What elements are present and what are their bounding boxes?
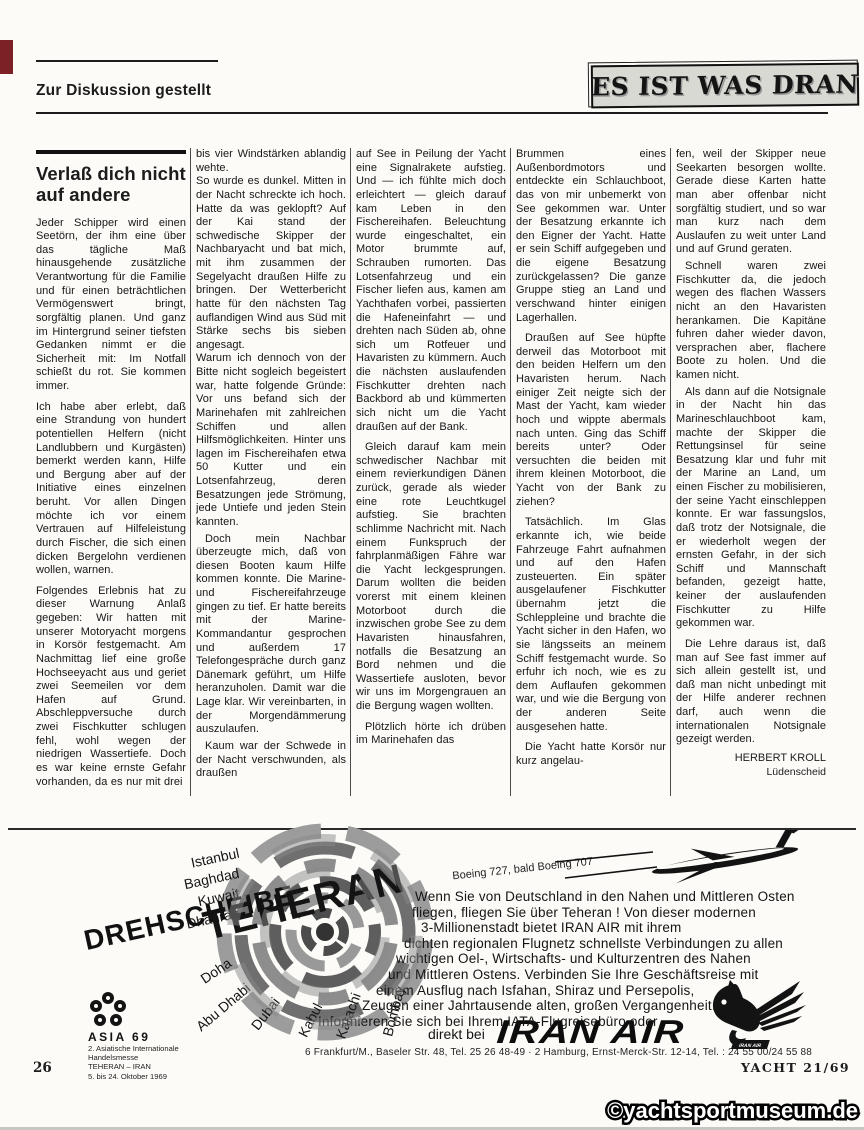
column-rule — [190, 148, 191, 796]
watermark: ©yachtsportmuseum.de — [586, 1093, 864, 1129]
winged-horse-icon: IRAN AIR — [702, 978, 810, 1056]
boeing-jet-icon — [553, 830, 808, 888]
paragraph: Kaum war der Schwede in der Nacht versch… — [196, 740, 346, 781]
asia69-flower-icon — [88, 990, 128, 1030]
title-rule — [36, 150, 186, 154]
paragraph: Jeder Schipper wird einen Seetörn, der i… — [36, 217, 186, 394]
asia69-detail-line: 5. bis 24. Oktober 1969 — [88, 1072, 238, 1081]
paragraph: Die Lehre daraus ist, daß man auf See fa… — [676, 638, 826, 747]
logo-plate-label: IRAN AIR — [738, 1043, 762, 1049]
paragraph: Als dann auf die Notsignale in der Nacht… — [676, 386, 826, 631]
article-column-1: Verlaß dich nicht auf andere Jeder Schip… — [36, 148, 186, 800]
paragraph: Schnell waren zwei Fischkutter da, die j… — [676, 260, 826, 383]
author-place: Lüdenscheid — [676, 766, 826, 779]
banner-title: ES IST WAS DRAN — [591, 70, 860, 102]
article-title-line: Verlaß dich nicht — [36, 163, 186, 184]
ad-body-line: Wenn Sie von Deutschland in den Nahen un… — [313, 889, 838, 905]
paragraph: Warum ich dennoch von der Bitte nicht so… — [196, 352, 346, 529]
section-label: Zur Diskussion gestellt — [36, 82, 211, 100]
paragraph: auf See in Peilung der Yacht eine Signal… — [356, 148, 506, 434]
banner-box: ES IST WAS DRAN — [588, 60, 858, 108]
article-title-line: auf andere — [36, 184, 186, 205]
article-column-3: auf See in Peilung der Yacht eine Signal… — [356, 148, 506, 800]
paragraph: Gleich darauf kam mein schwedischer Nach… — [356, 441, 506, 714]
author-signature: HERBERT KROLL Lüdenscheid — [676, 752, 826, 779]
paragraph: Tatsächlich. Im Glas erkannte ich, wie b… — [516, 516, 666, 734]
page-number: 26 — [33, 1060, 52, 1076]
asia69-details: 2. Asiatische Internationale Handelsmess… — [88, 1044, 238, 1081]
watermark-text: ©yachtsportmuseum.de — [607, 1098, 858, 1123]
paragraph: Brummen eines Außenbordmotors und entdec… — [516, 148, 666, 325]
magazine-page: Zur Diskussion gestellt ES IST WAS DRAN … — [0, 0, 864, 1130]
paragraph: So wurde es dunkel. Mitten in der Nacht … — [196, 175, 346, 352]
paragraph: Doch mein Nachbar überzeugte mich, daß v… — [196, 533, 346, 737]
magazine-issue: YACHT 21/69 — [741, 1060, 850, 1075]
asia69-detail-line: Handelsmesse — [88, 1053, 238, 1062]
paragraph: bis vier Windstärken ablandig wehte. — [196, 148, 346, 175]
asia69-detail-line: TEHERAN – IRAN — [88, 1062, 238, 1071]
ad-body-line: 3-Millionenstadt bietet IRAN AIR mit ihr… — [313, 920, 838, 936]
author-name: HERBERT KROLL — [676, 752, 826, 766]
article-column-5: fen, weil der Skipper neue Seekarten bes… — [676, 148, 826, 800]
cities-upper-list: Istanbul Baghdad Kuwait Dhahran — [150, 852, 240, 932]
logo-plate: IRAN AIR — [731, 1040, 770, 1049]
column-rule — [670, 148, 671, 796]
asia69-detail-line: 2. Asiatische Internationale — [88, 1044, 238, 1053]
ad-body-line: wichtigen Oel-, Wirtschafts- und Kulturz… — [313, 951, 838, 967]
header-rule — [36, 112, 828, 114]
paragraph: Draußen auf See hüpfte derweil das Motor… — [516, 332, 666, 509]
banner-frame: ES IST WAS DRAN — [591, 63, 859, 109]
header-top-rule — [36, 60, 218, 62]
article-column-2: bis vier Windstärken ablandig wehte. So … — [196, 148, 346, 800]
article-column-4: Brummen eines Außenbordmotors und entdec… — [516, 148, 666, 800]
paragraph: fen, weil der Skipper neue Seekarten bes… — [676, 148, 826, 257]
article-title: Verlaß dich nicht auf andere — [36, 163, 186, 206]
registration-mark — [0, 40, 13, 74]
ad-body-line: fliegen, fliegen Sie über Teheran ! Von … — [313, 905, 838, 921]
column-rule — [510, 148, 511, 796]
paragraph: Plötzlich hörte ich drüben im Marinehafe… — [356, 721, 506, 748]
ad-body-line: dichten regionalen Flugnetz schnellste V… — [313, 936, 838, 952]
paragraph: Ich habe aber erlebt, daß eine Strandung… — [36, 401, 186, 578]
paragraph: Folgendes Erlebnis hat zu dieser Warnung… — [36, 585, 186, 789]
column-rule — [350, 148, 351, 796]
paragraph: Die Yacht hatte Korsör nur kurz angelau- — [516, 741, 666, 768]
